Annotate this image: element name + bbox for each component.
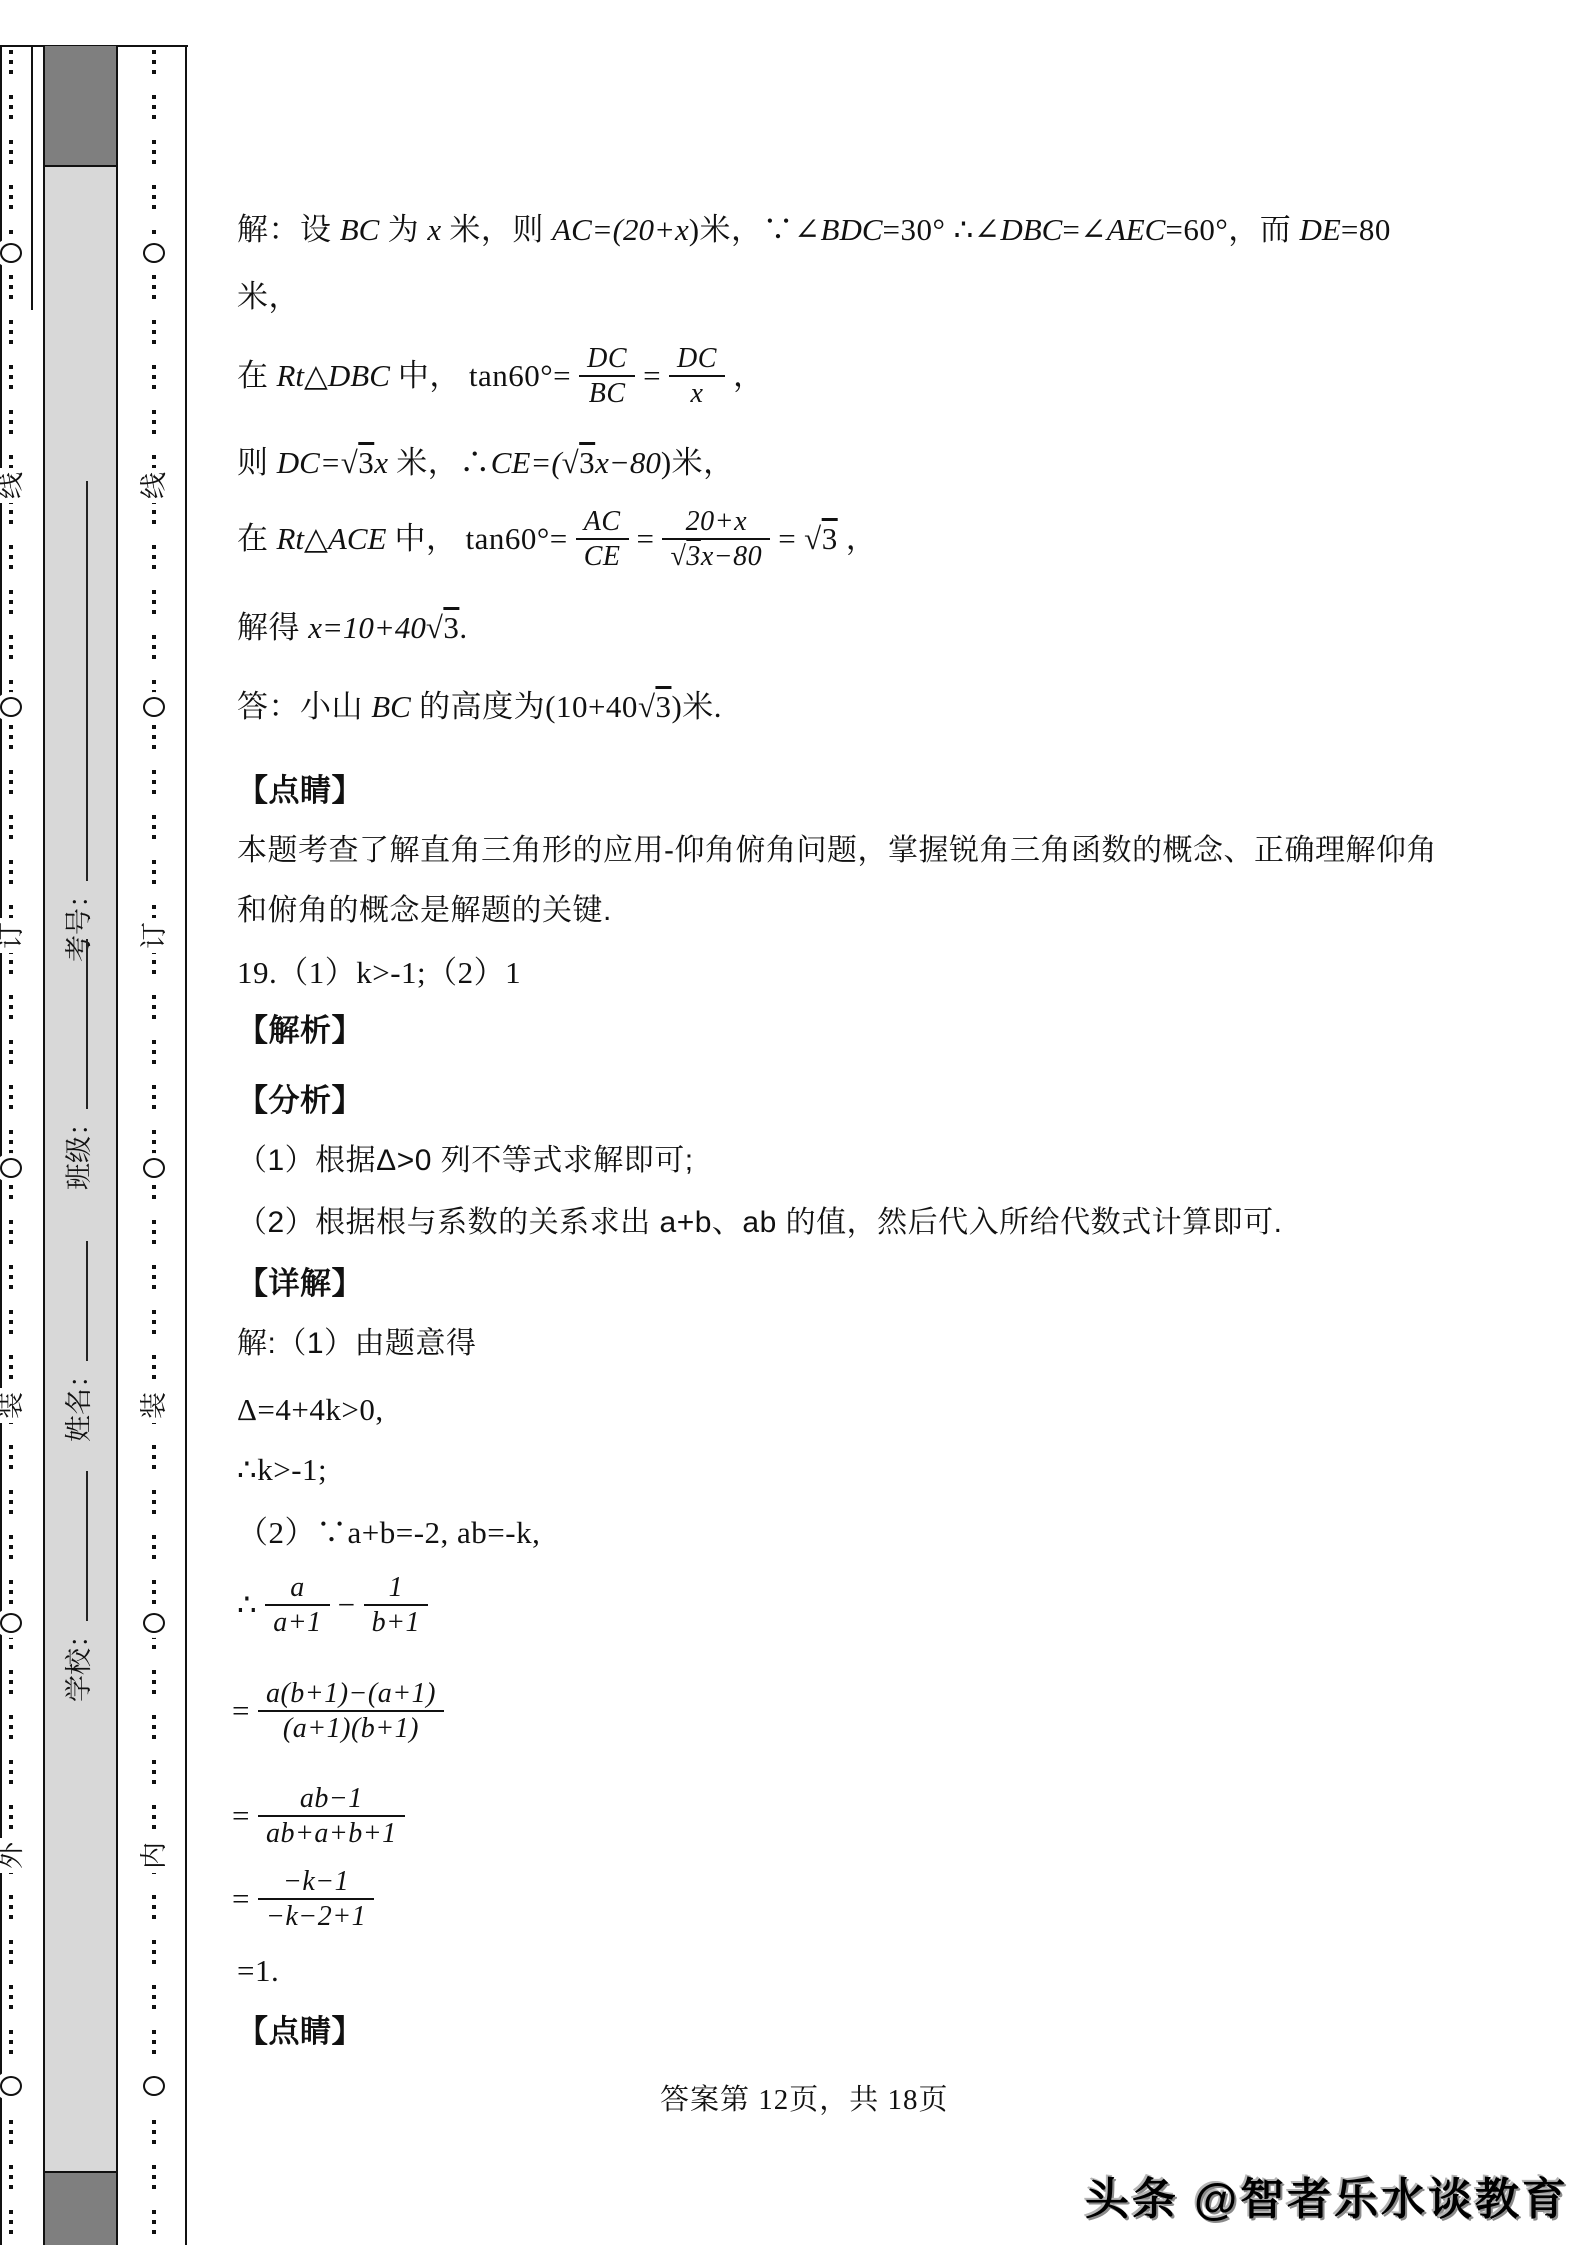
punch-hole-circle xyxy=(0,1158,22,1178)
punch-hole-circle xyxy=(143,243,165,263)
fraction: ACCE xyxy=(576,505,629,573)
fraction-numerator: −k−1 xyxy=(258,1865,374,1900)
text: =30° ∴∠ xyxy=(883,212,1001,247)
fraction-denominator: a+1 xyxy=(265,1606,329,1639)
radical-sign: √ xyxy=(670,541,686,572)
result-line: =1. xyxy=(237,1951,279,1991)
fraction: −k−1−k−2+1 xyxy=(258,1865,374,1933)
section-header-dianjing-2: 【点睛】 xyxy=(237,2012,363,2052)
margin-inner-short-border xyxy=(31,46,33,310)
text: 解得 xyxy=(237,610,308,645)
radical-sign: √ xyxy=(638,689,656,724)
radicand: 3 xyxy=(579,445,595,480)
analysis-line-1: （1）根据Δ>0 列不等式求解即可; xyxy=(237,1141,694,1181)
text: 答：小山 xyxy=(237,689,371,724)
page-footer: 答案第 12页，共 18页 xyxy=(660,2077,949,2118)
math: = xyxy=(232,1879,250,1919)
binding-char-ding: 订 xyxy=(137,918,171,953)
math: = xyxy=(320,445,341,480)
equation-line-21: ∴ aa+1 − 1b+1 xyxy=(237,1571,428,1639)
fraction-denominator: x xyxy=(669,377,725,410)
binding-char-xian: 线 xyxy=(0,468,28,503)
math-var: Rt△ACE xyxy=(277,519,387,559)
answer-line-7: 答：小山 BC 的高度为(10+40√3)米. xyxy=(237,687,722,727)
text: 的高度为(10+40 xyxy=(411,689,638,724)
text: ， xyxy=(846,519,878,559)
exam-answer-page: 线 订 装 外 考号： 班级： 姓名： 学校： 线 订 装 内 解：设 BC 为… xyxy=(0,0,1587,2245)
math-var: BDC xyxy=(821,212,883,247)
math-var: x−80 xyxy=(595,445,661,480)
math: = xyxy=(232,1691,250,1731)
math-var: AC xyxy=(552,212,592,247)
detail-line-1: 解:（1）由题意得 xyxy=(237,1324,477,1364)
margin-left-border xyxy=(0,45,2,2245)
fraction-numerator: a xyxy=(265,1571,329,1606)
fraction-numerator: a(b+1)−(a+1) xyxy=(258,1677,444,1712)
gray-block-top xyxy=(45,46,116,167)
math-var: x xyxy=(427,212,441,247)
fraction-denominator: ab+a+b+1 xyxy=(258,1817,405,1850)
dotted-binding-line xyxy=(152,50,156,2245)
equation-line-24: = −k−1−k−2+1 xyxy=(232,1865,374,1933)
equation-line-5: 在 Rt△ACE 中， tan60°= ACCE = 20+x√3x−80 = … xyxy=(237,505,877,573)
fraction-numerator: DC xyxy=(669,342,725,377)
math: = xyxy=(232,1796,250,1836)
math-var: BC xyxy=(340,212,380,247)
fraction-denominator: −k−2+1 xyxy=(258,1900,374,1933)
text: . xyxy=(459,610,467,645)
fraction-denominator: b+1 xyxy=(364,1606,428,1639)
binding-char-ding: 订 xyxy=(0,918,28,953)
field-kaohao: 考号： xyxy=(64,481,94,962)
punch-hole-circle xyxy=(143,1613,165,1633)
math-var: CE xyxy=(491,445,531,480)
section-header-jiexi: 【解析】 xyxy=(237,1011,363,1051)
text: =∠ xyxy=(1062,212,1106,247)
radicand: 3 xyxy=(822,521,838,556)
math: tan60°= xyxy=(469,356,571,396)
field-xingming-label: 姓名： xyxy=(64,1361,94,1442)
text: )米， xyxy=(661,445,735,480)
text: =60°，而 xyxy=(1165,212,1299,247)
math: =(20+ xyxy=(592,212,675,247)
margin-right-border xyxy=(185,45,187,2245)
section-header-xiangjie: 【详解】 xyxy=(237,1264,363,1304)
math-var: Rt△DBC xyxy=(277,356,390,396)
punch-hole-circle xyxy=(0,1613,22,1633)
fraction-numerator: 20+x xyxy=(662,505,770,540)
fraction-numerator: AC xyxy=(576,505,629,540)
text: 则 xyxy=(237,445,277,480)
field-xuexiao: 学校： xyxy=(64,1471,94,1702)
fraction-denominator: (a+1)(b+1) xyxy=(258,1712,444,1745)
text: 为 xyxy=(379,212,427,247)
field-xingming: 姓名： xyxy=(64,1241,94,1442)
math-var: AEC xyxy=(1107,212,1166,247)
fraction-numerator: DC xyxy=(579,342,635,377)
fraction-denominator: BC xyxy=(579,377,635,410)
solution-line-6: 解得 x=10+40√3. xyxy=(237,608,468,648)
math: =( xyxy=(530,445,561,480)
fraction: ab−1ab+a+b+1 xyxy=(258,1782,405,1850)
field-banji-label: 班级： xyxy=(64,1109,94,1190)
comment-line: 和俯角的概念是解题的关键. xyxy=(237,891,612,931)
punch-hole-circle xyxy=(0,2076,22,2096)
comment-line: 本题考查了解直角三角形的应用-仰角俯角问题，掌握锐角三角函数的概念、正确理解仰角 xyxy=(237,831,1437,871)
binding-char-xian: 线 xyxy=(137,468,171,503)
math: = xyxy=(643,356,661,396)
binding-char-zhuang: 装 xyxy=(0,1388,28,1423)
binding-char-wai: 外 xyxy=(0,1838,28,1873)
punch-hole-circle xyxy=(0,697,22,717)
math-var: x xyxy=(374,445,388,480)
math-var: BC xyxy=(371,689,411,724)
solution-line-4: 则 DC=√3x 米，∴CE=(√3x−80)米， xyxy=(237,443,735,483)
fraction: DCx xyxy=(669,342,725,410)
radical-sign: √ xyxy=(804,521,822,556)
text: 米，则 xyxy=(441,212,552,247)
gray-block-bottom xyxy=(45,2171,116,2245)
radicand: 3 xyxy=(686,541,701,572)
fraction-denominator: CE xyxy=(576,540,629,573)
punch-hole-circle xyxy=(143,697,165,717)
math: x−80 xyxy=(701,541,762,572)
radicand: 3 xyxy=(358,445,374,480)
radical-sign: √ xyxy=(341,445,359,480)
radical-sign: √ xyxy=(562,445,580,480)
punch-hole-circle xyxy=(143,1158,165,1178)
solution-line-2: 米， xyxy=(237,277,300,317)
field-kaohao-blank xyxy=(80,481,88,881)
text: =80 xyxy=(1341,212,1391,247)
text: )米，∵∠ xyxy=(689,212,821,247)
math: − xyxy=(338,1585,356,1625)
detail-line-2: Δ=4+4k>0, xyxy=(237,1390,384,1430)
field-xuexiao-label: 学校： xyxy=(64,1621,94,1702)
punch-hole-circle xyxy=(0,243,22,263)
field-xuexiao-blank xyxy=(80,1471,88,1621)
math-var: x xyxy=(675,212,689,247)
field-banji: 班级： xyxy=(64,939,94,1190)
equation-line-23: = ab−1ab+a+b+1 xyxy=(232,1782,405,1850)
math-var: DE xyxy=(1300,212,1341,247)
binding-char-zhuang: 装 xyxy=(137,1388,171,1423)
watermark: 头条 @智者乐水谈教育 xyxy=(1085,2163,1569,2227)
math-var: x xyxy=(308,610,322,645)
text: 中， xyxy=(394,519,457,559)
fraction-numerator: 1 xyxy=(364,1571,428,1606)
equation-line-3: 在 Rt△DBC 中， tan60°= DCBC = DCx ， xyxy=(237,342,764,410)
dotted-binding-line xyxy=(9,50,13,2245)
fraction: 1b+1 xyxy=(364,1571,428,1639)
binding-char-nei: 内 xyxy=(137,1838,171,1873)
math: = xyxy=(637,519,655,559)
detail-line-3: ∴k>-1; xyxy=(237,1450,327,1490)
fraction: a(b+1)−(a+1)(a+1)(b+1) xyxy=(258,1677,444,1745)
detail-line-4: （2）∵a+b=-2, ab=-k, xyxy=(237,1513,540,1553)
radical-sign: √ xyxy=(426,610,444,645)
text: 在 xyxy=(237,519,269,559)
math: =10+40 xyxy=(322,610,426,645)
radicand: 3 xyxy=(655,689,671,724)
therefore-symbol: ∴ xyxy=(237,1585,257,1625)
fraction-numerator: ab−1 xyxy=(258,1782,405,1817)
analysis-line-2: （2）根据根与系数的关系求出 a+b、ab 的值，然后代入所给代数式计算即可. xyxy=(237,1203,1282,1243)
answer-19-line: 19.（1）k>-1;（2）1 xyxy=(237,953,521,993)
section-header-fenxi: 【分析】 xyxy=(237,1081,363,1121)
field-banji-blank xyxy=(80,939,88,1109)
fraction: aa+1 xyxy=(265,1571,329,1639)
section-header-dianjing: 【点睛】 xyxy=(237,771,363,811)
math: = xyxy=(778,519,796,559)
math-var: DBC xyxy=(1000,212,1062,247)
text: 在 xyxy=(237,356,269,396)
radicand: 3 xyxy=(443,610,459,645)
math-var: DC xyxy=(277,445,320,480)
field-xingming-blank xyxy=(80,1241,88,1361)
fraction: 20+x√3x−80 xyxy=(662,505,770,573)
text: 解：设 xyxy=(237,212,340,247)
fraction: DCBC xyxy=(579,342,635,410)
equation-line-22: = a(b+1)−(a+1)(a+1)(b+1) xyxy=(232,1677,444,1745)
text: 米，∴ xyxy=(388,445,491,480)
math: tan60°= xyxy=(465,519,567,559)
text: ， xyxy=(733,356,765,396)
text: 中， xyxy=(398,356,461,396)
solution-line-1: 解：设 BC 为 x 米，则 AC=(20+x)米，∵∠BDC=30° ∴∠DB… xyxy=(237,210,1391,250)
text: )米. xyxy=(671,689,722,724)
fraction-denominator: √3x−80 xyxy=(662,540,770,573)
punch-hole-circle xyxy=(143,2076,165,2096)
